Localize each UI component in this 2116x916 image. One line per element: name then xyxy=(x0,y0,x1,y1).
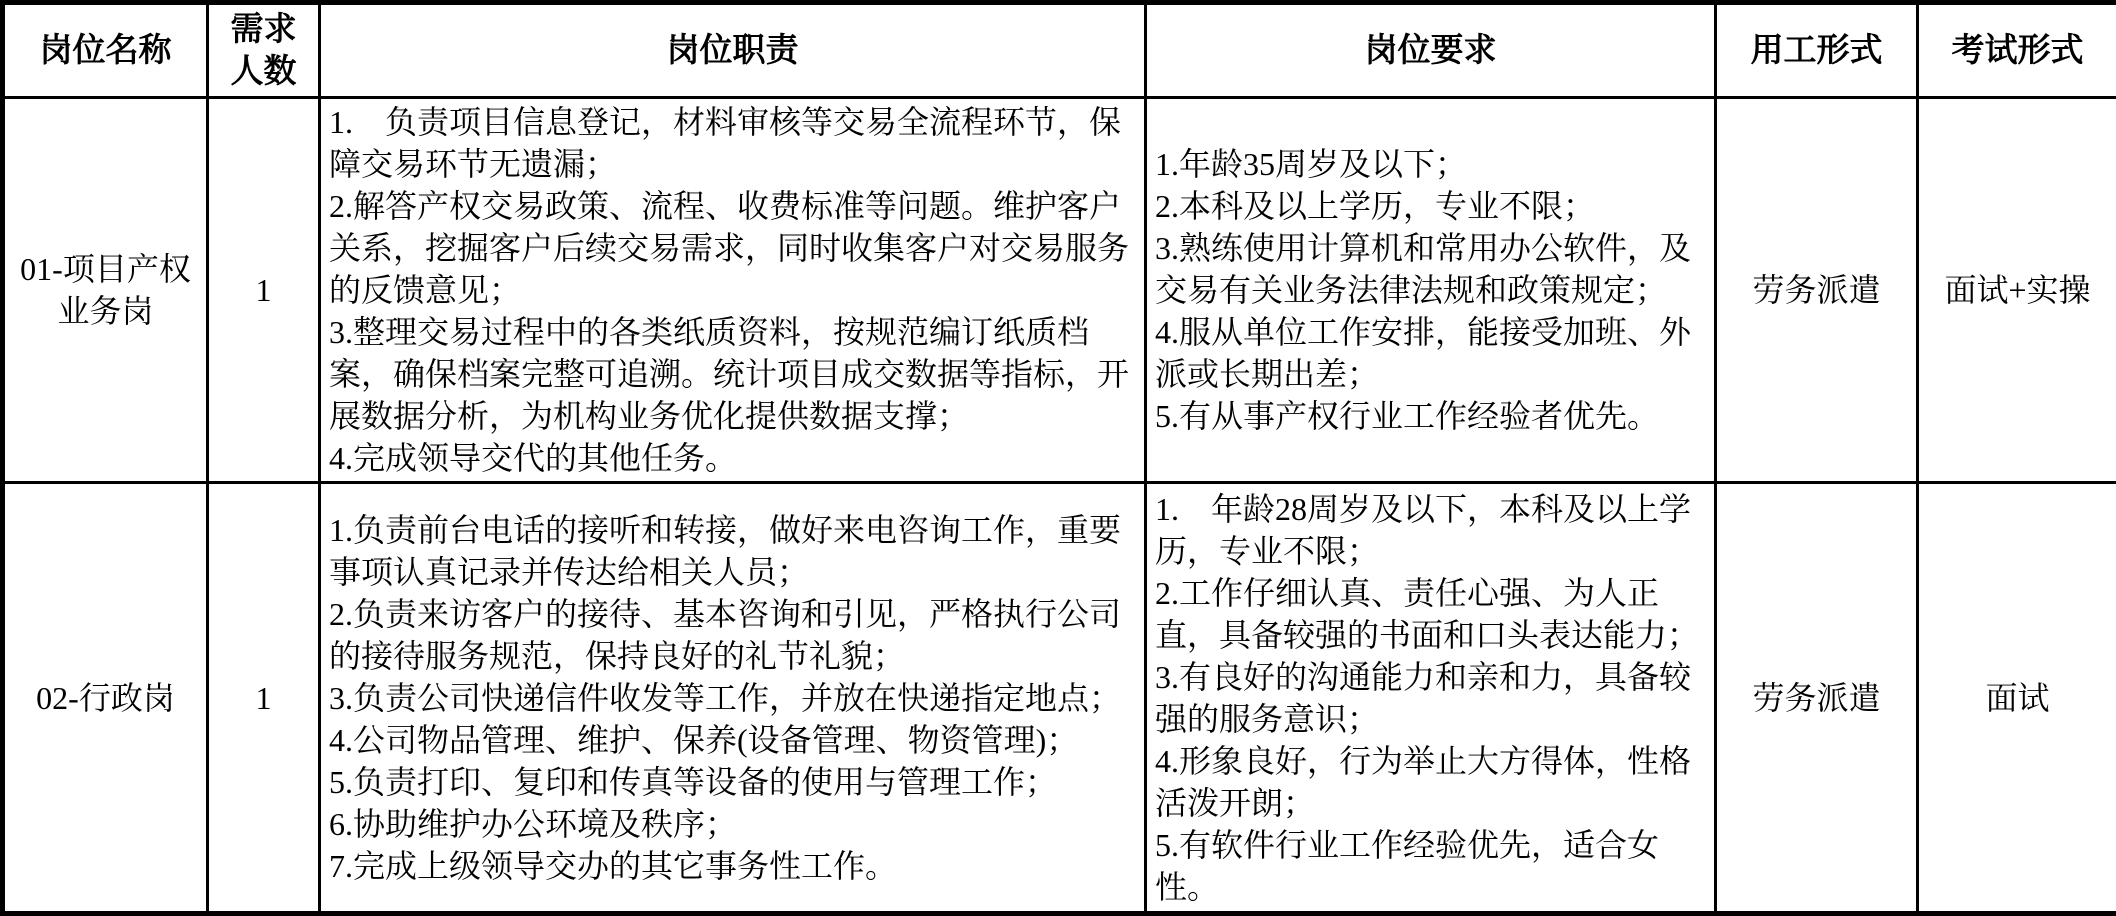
header-duties: 岗位职责 xyxy=(320,3,1146,98)
table-row: 01-项目产权 业务岗 1 1. 负责项目信息登记，材料审核等交易全流程环节，保… xyxy=(3,98,2116,483)
employment-type-cell: 劳务派遣 xyxy=(1716,98,1918,483)
table-row: 02-行政岗 1 1.负责前台电话的接听和转接，做好来电咨询工作，重要事项认真记… xyxy=(3,483,2116,914)
position-name-cell: 01-项目产权 业务岗 xyxy=(3,98,208,483)
headcount-cell: 1 xyxy=(208,98,320,483)
header-position-name: 岗位名称 xyxy=(3,3,208,98)
employment-type-cell: 劳务派遣 xyxy=(1716,483,1918,914)
header-employment-type: 用工形式 xyxy=(1716,3,1918,98)
header-requirements: 岗位要求 xyxy=(1146,3,1716,98)
duties-cell: 1.负责前台电话的接听和转接，做好来电咨询工作，重要事项认真记录并传达给相关人员… xyxy=(320,483,1146,914)
job-postings-table: 岗位名称 需求 人数 岗位职责 岗位要求 用工形式 考试形式 01-项目产权 业… xyxy=(0,0,2116,916)
header-headcount: 需求 人数 xyxy=(208,3,320,98)
table-header-row: 岗位名称 需求 人数 岗位职责 岗位要求 用工形式 考试形式 xyxy=(3,3,2116,98)
headcount-cell: 1 xyxy=(208,483,320,914)
exam-type-cell: 面试+实操 xyxy=(1918,98,2116,483)
requirements-cell: 1. 年龄28周岁及以下，本科及以上学历，专业不限； 2.工作仔细认真、责任心强… xyxy=(1146,483,1716,914)
duties-cell: 1. 负责项目信息登记，材料审核等交易全流程环节，保障交易环节无遗漏； 2.解答… xyxy=(320,98,1146,483)
requirements-cell: 1.年龄35周岁及以下； 2.本科及以上学历，专业不限； 3.熟练使用计算机和常… xyxy=(1146,98,1716,483)
header-exam-type: 考试形式 xyxy=(1918,3,2116,98)
exam-type-cell: 面试 xyxy=(1918,483,2116,914)
position-name-cell: 02-行政岗 xyxy=(3,483,208,914)
